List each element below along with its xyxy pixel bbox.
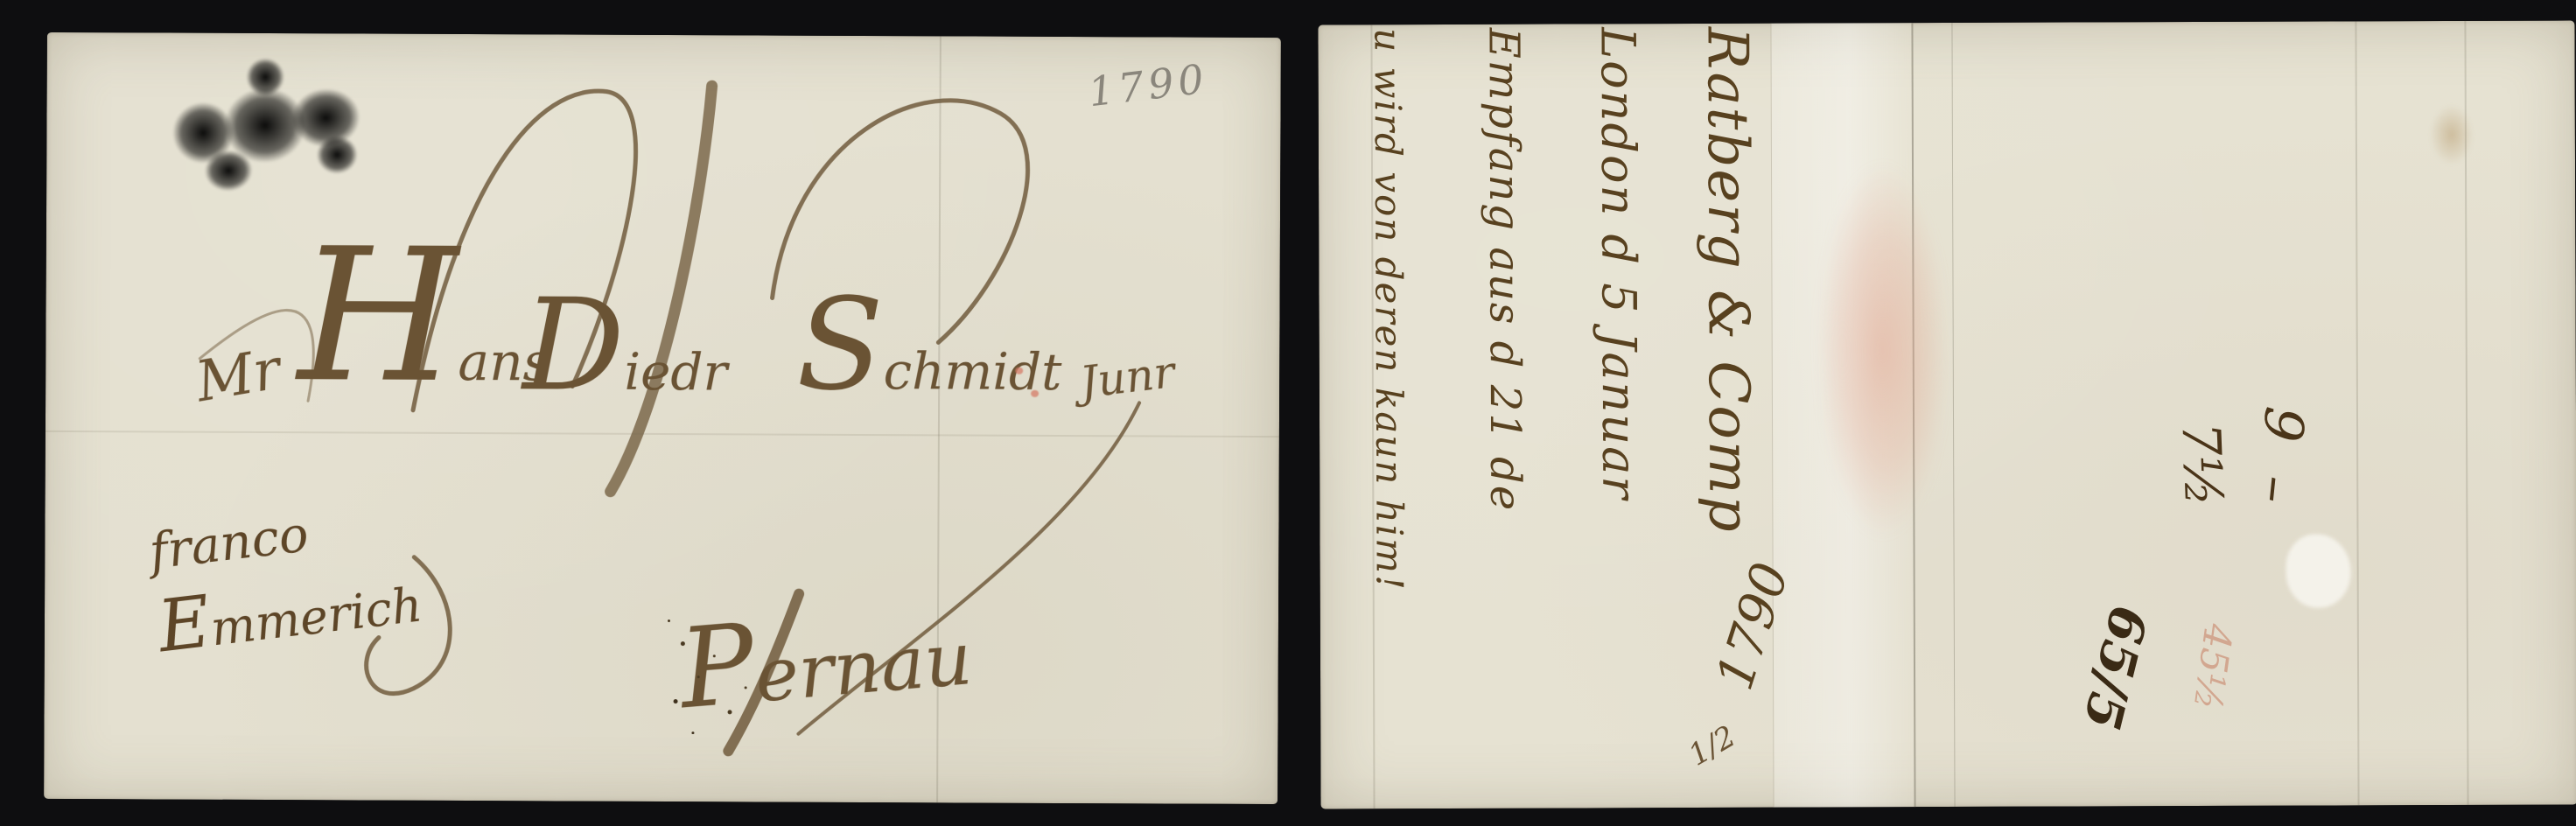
docket-line-origin-date: London d 5 Januar xyxy=(1540,27,1655,797)
photo-letter-back: Ratberg & Comp London d 5 Januar Empfang… xyxy=(1312,0,2576,826)
ink-splatter xyxy=(668,619,670,622)
docket-line-received: Empfang aus d 21 de xyxy=(1424,28,1543,798)
destination-pernau: Pernau xyxy=(675,591,975,724)
paper-fold-crease xyxy=(1951,23,1955,807)
docket-line-note: u wird von deren kaun him! xyxy=(1312,28,1428,798)
address-prefix: Mr xyxy=(192,341,284,410)
postmark-stamp xyxy=(157,58,380,207)
pencil-year-annotation: 1790 xyxy=(1086,55,1210,116)
address-middle-name: Diedr xyxy=(522,282,728,409)
letter-back-paper: Ratberg & Comp London d 5 Januar Empfang… xyxy=(1318,20,2576,808)
brown-stain xyxy=(2430,104,2474,165)
wax-show-through-dot xyxy=(1031,390,1039,397)
photo-letter-front: 1790 Mr Hans Diedr Schmidt Junr franco E… xyxy=(0,0,1312,826)
accounting-mark-ink: 65/5 xyxy=(2075,600,2159,717)
paper-fold-crease xyxy=(2355,21,2359,805)
merchant-docket-rotated: Ratberg & Comp London d 5 Januar Empfang… xyxy=(1339,27,1761,799)
accounting-mark-red-chalk: 45½ xyxy=(2166,610,2242,722)
address-suffix: Junr xyxy=(1078,350,1177,404)
postal-rate-mark-2: 9 – xyxy=(2236,403,2317,514)
red-wax-seal-stain xyxy=(1816,162,1949,539)
paper-surface-flaw xyxy=(2285,534,2350,607)
address-first-name: Hans xyxy=(297,224,550,409)
postal-rate-mark-1: 7½ xyxy=(2160,416,2234,514)
paper-fold-crease xyxy=(45,430,1279,437)
franco-notation: franco Emmerich xyxy=(147,498,427,680)
letter-front-paper: 1790 Mr Hans Diedr Schmidt Junr franco E… xyxy=(44,32,1281,804)
wax-show-through-dot xyxy=(1015,367,1023,374)
address-surname: Schmidt xyxy=(796,282,1062,409)
photograph-of-1790-letter: { "scene": { "description": "Two photogr… xyxy=(0,0,2576,826)
